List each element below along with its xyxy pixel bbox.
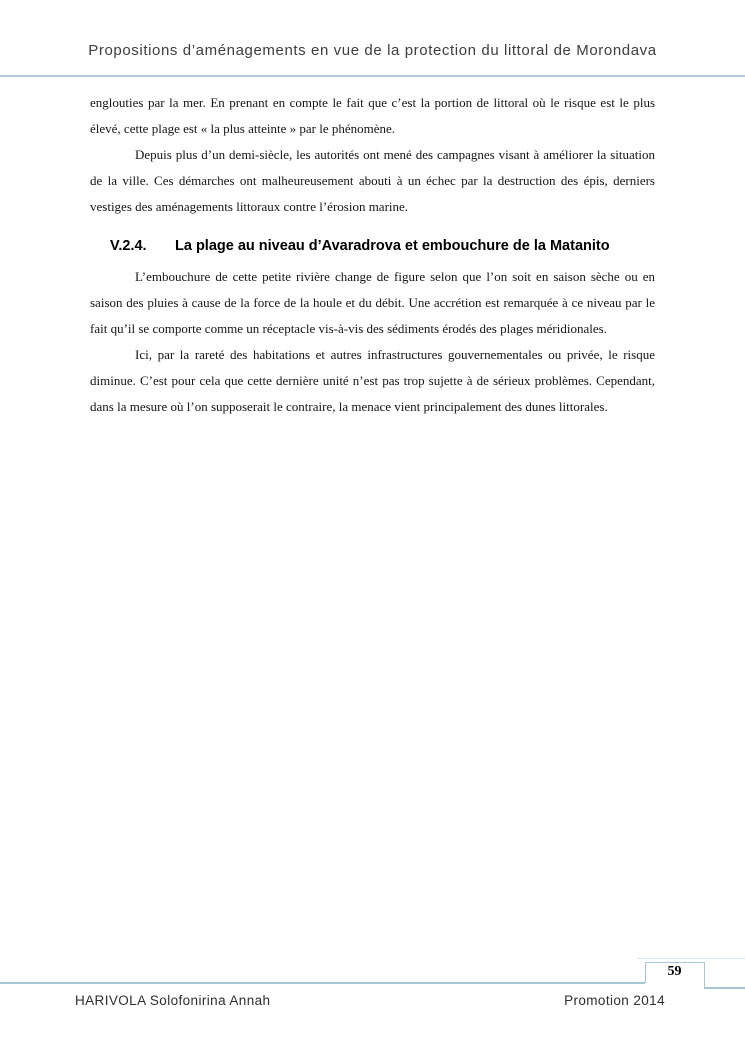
paragraph: Depuis plus d’un demi-siècle, les autori… [90,142,655,220]
paragraph: Ici, par la rareté des habitations et au… [90,342,655,420]
footer-rule-left [0,982,645,984]
paragraph: L’embouchure de cette petite rivière cha… [90,264,655,342]
section-title: La plage au niveau d’Avaradrova et embou… [175,235,655,257]
page-footer: HARIVOLA Solofonirina Annah Promotion 20… [75,993,665,1008]
footer-rule-right [704,987,745,989]
page-number: 59 [645,964,704,980]
page-header-title: Propositions d’aménagements en vue de la… [0,42,745,59]
page-number-box-top-edge [645,962,705,963]
header-rule [0,75,745,77]
footer-author: HARIVOLA Solofonirina Annah [75,993,270,1008]
footer-faint-line [637,958,745,959]
page-number-box-right-edge [704,962,705,988]
paragraph: englouties par la mer. En prenant en com… [90,90,655,142]
section-heading: V.2.4. La plage au niveau d’Avaradrova e… [110,235,655,257]
footer-promotion: Promotion 2014 [564,993,665,1008]
page-body: englouties par la mer. En prenant en com… [90,90,655,420]
section-number: V.2.4. [110,235,175,257]
document-page: Propositions d’aménagements en vue de la… [0,0,745,1053]
